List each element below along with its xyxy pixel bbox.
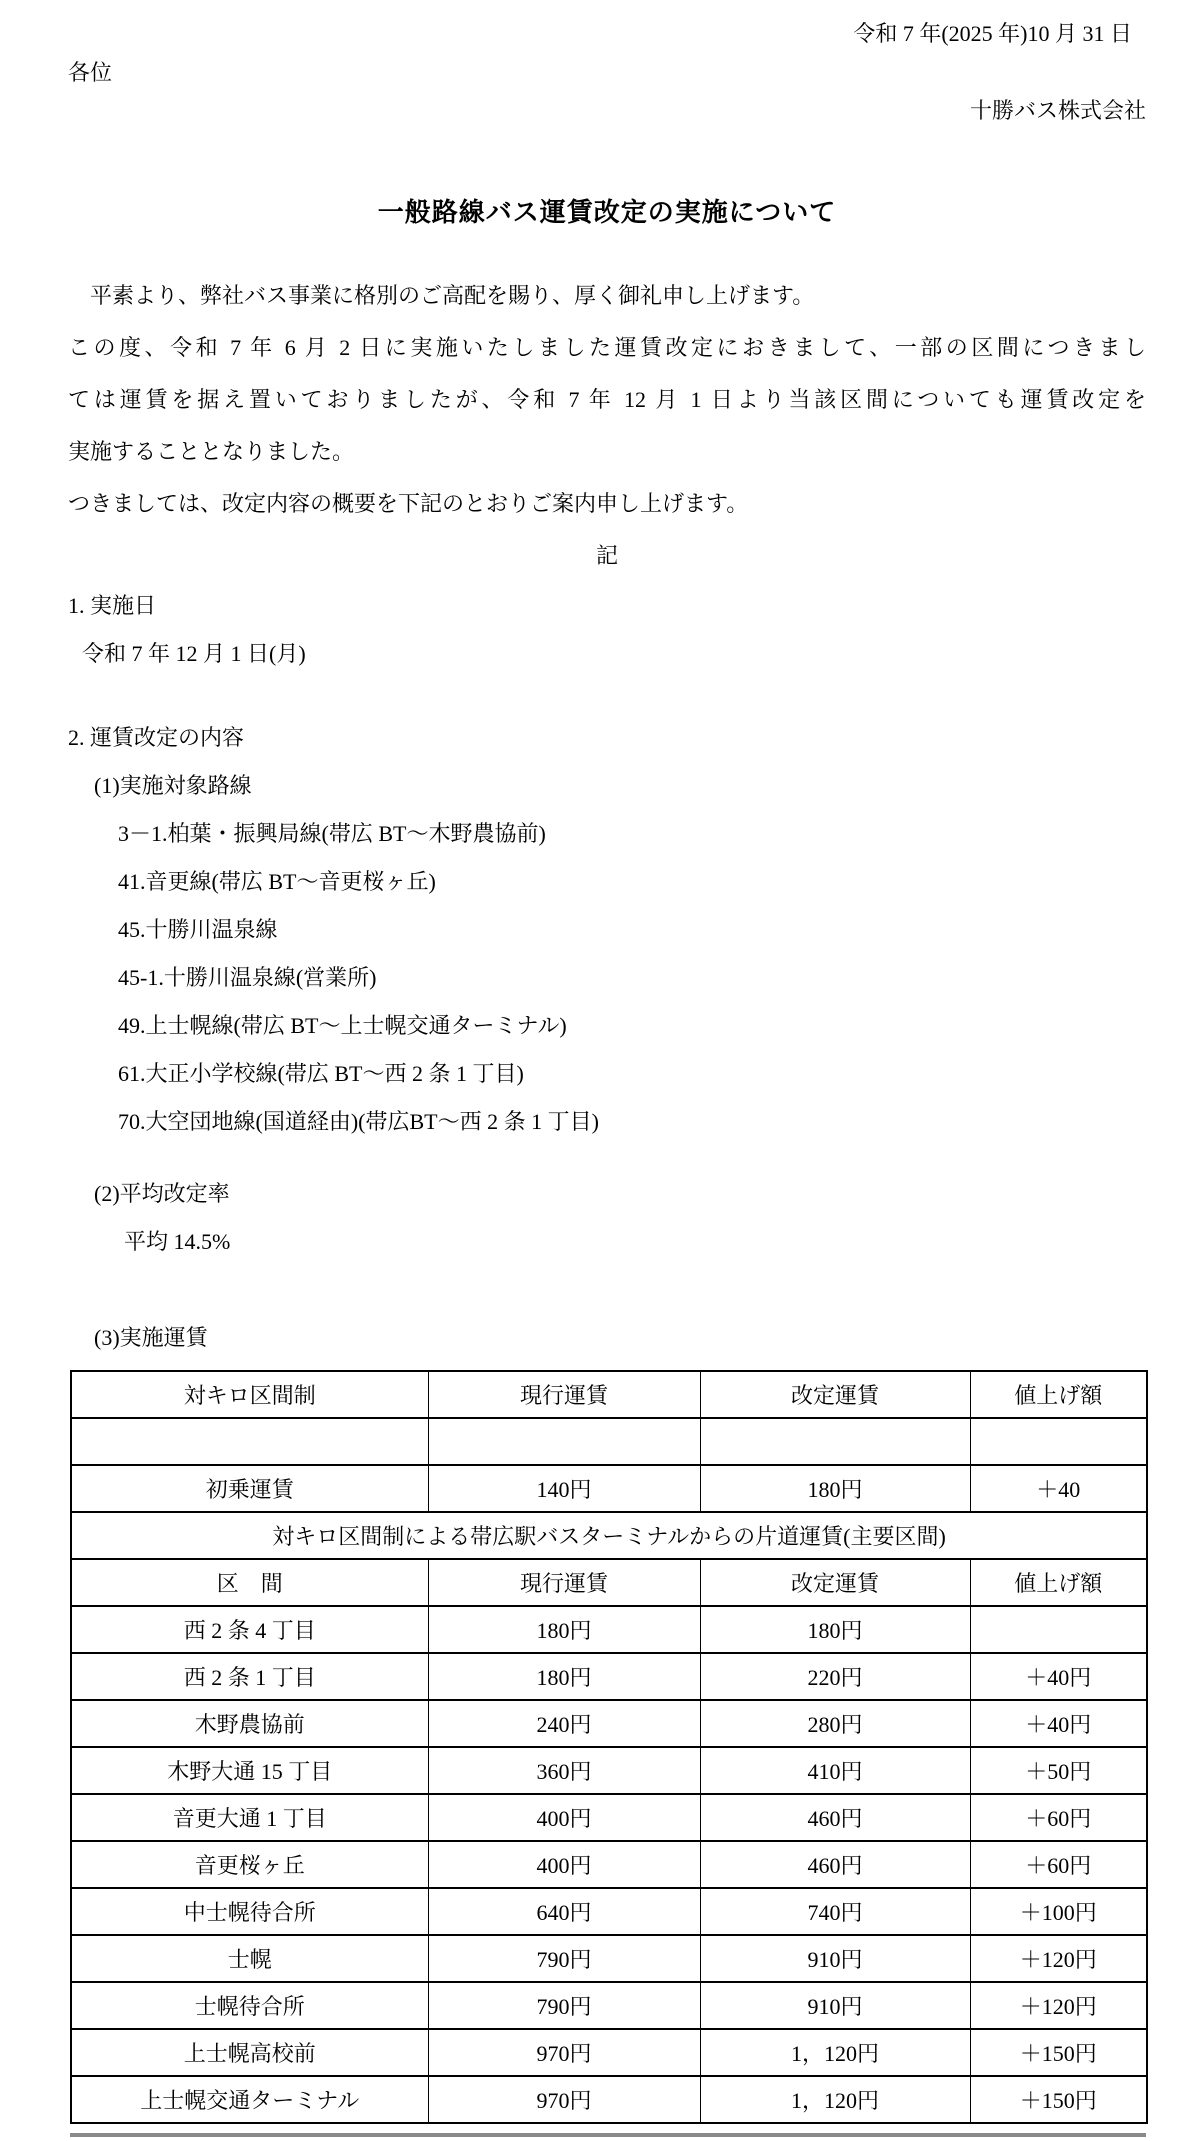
fare-table: 対キロ区間制 現行運賃 改定運賃 値上げ額 初乗運賃 140円 180円 ＋40… — [70, 1370, 1148, 2124]
current-fare-cell: 970円 — [428, 2076, 700, 2123]
increase-cell: ＋150円 — [970, 2076, 1147, 2123]
station-cell: 音更大通 1 丁目 — [71, 1794, 428, 1841]
header-cell: 対キロ区間制 — [71, 1371, 428, 1418]
header-cell: 改定運賃 — [700, 1559, 970, 1606]
increase-cell: ＋100円 — [970, 1888, 1147, 1935]
table-note: 対キロ区間制による帯広駅バスターミナルからの片道運賃(主要区間) — [71, 1512, 1147, 1559]
route-item: 41.音更線(帯広 BT～音更桜ヶ丘) — [68, 858, 1146, 906]
header-cell: 改定運賃 — [700, 1371, 970, 1418]
station-cell: 西 2 条 4 丁目 — [71, 1606, 428, 1653]
station-cell: 士幌待合所 — [71, 1982, 428, 2029]
revised-fare-cell: 180円 — [700, 1606, 970, 1653]
increase-cell: ＋120円 — [970, 1982, 1147, 2029]
current-fare-cell: 400円 — [428, 1794, 700, 1841]
section1-date: 令和 7 年 12 月 1 日(月) — [68, 630, 1146, 678]
route-item: 61.大正小学校線(帯広 BT～西 2 条 1 丁目) — [68, 1050, 1146, 1098]
addressee: 各位 — [68, 56, 1146, 90]
fare-row: 音更大通 1 丁目 400円 460円 ＋60円 — [71, 1794, 1147, 1841]
sub2-heading: (2)平均改定率 — [68, 1170, 1146, 1218]
current-fare-cell: 400円 — [428, 1841, 700, 1888]
current-fare-cell: 970円 — [428, 2029, 700, 2076]
fare-row: 中士幌待合所 640円 740円 ＋100円 — [71, 1888, 1147, 1935]
increase-cell: ＋60円 — [970, 1794, 1147, 1841]
station-cell: 木野農協前 — [71, 1700, 428, 1747]
increase-cell: ＋120円 — [970, 1935, 1147, 1982]
company-name: 十勝バス株式会社 — [68, 94, 1146, 128]
route-item: 45.十勝川温泉線 — [68, 906, 1146, 954]
paragraph-line: 平素より、弊社バス事業に格別のご高配を賜り、厚く御礼申し上げます。 — [68, 270, 1146, 322]
fare-row: 木野農協前 240円 280円 ＋40円 — [71, 1700, 1147, 1747]
route-item: 70.大空団地線(国道経由)(帯広BT～西 2 条 1 丁目) — [68, 1098, 1146, 1146]
document-page: 令和 7 年(2025 年)10 月 31 日 各位 十勝バス株式会社 一般路線… — [0, 0, 1200, 2141]
header-cell: 区 間 — [71, 1559, 428, 1606]
next-table-edge-fragment — [70, 2133, 1146, 2137]
fare-row: 木野大通 15 丁目 360円 410円 ＋50円 — [71, 1747, 1147, 1794]
revised-fare-cell: 740円 — [700, 1888, 970, 1935]
route-item: 45-1.十勝川温泉線(営業所) — [68, 954, 1146, 1002]
current-fare-cell: 360円 — [428, 1747, 700, 1794]
current-fare-cell: 180円 — [428, 1653, 700, 1700]
increase-cell: ＋40 — [970, 1465, 1147, 1512]
station-cell: 木野大通 15 丁目 — [71, 1747, 428, 1794]
revised-fare-cell: 460円 — [700, 1794, 970, 1841]
section1-heading: 1. 実施日 — [68, 582, 1146, 630]
header-cell: 値上げ額 — [970, 1559, 1147, 1606]
header-cell: 値上げ額 — [970, 1371, 1147, 1418]
revised-fare-cell: 180円 — [700, 1465, 970, 1512]
fare-row: 士幌 790円 910円 ＋120円 — [71, 1935, 1147, 1982]
fare-row: 西 2 条 4 丁目 180円 180円 — [71, 1606, 1147, 1653]
paragraph-line: ては運賃を据え置いておりましたが、令和 7 年 12 月 1 日より当該区間につ… — [68, 374, 1146, 426]
revised-fare-cell: 910円 — [700, 1935, 970, 1982]
current-fare-cell: 640円 — [428, 1888, 700, 1935]
station-cell: 士幌 — [71, 1935, 428, 1982]
paragraph-line: この度、令和 7 年 6 月 2 日に実施いたしました運賃改定におきまして、一部… — [68, 322, 1146, 374]
table-header-row-1: 対キロ区間制 現行運賃 改定運賃 値上げ額 — [71, 1371, 1147, 1418]
fare-row: 音更桜ヶ丘 400円 460円 ＋60円 — [71, 1841, 1147, 1888]
revised-fare-cell: 910円 — [700, 1982, 970, 2029]
header-cell: 現行運賃 — [428, 1559, 700, 1606]
current-fare-cell: 140円 — [428, 1465, 700, 1512]
revised-fare-cell: 1，120円 — [700, 2076, 970, 2123]
increase-cell: ＋40円 — [970, 1653, 1147, 1700]
revised-fare-cell: 280円 — [700, 1700, 970, 1747]
increase-cell: ＋50円 — [970, 1747, 1147, 1794]
fare-row: 士幌待合所 790円 910円 ＋120円 — [71, 1982, 1147, 2029]
empty-cell — [700, 1418, 970, 1465]
header-cell: 現行運賃 — [428, 1371, 700, 1418]
increase-cell — [970, 1606, 1147, 1653]
empty-cell — [970, 1418, 1147, 1465]
base-fare-label: 初乗運賃 — [71, 1465, 428, 1512]
average-rate-value: 平均 14.5% — [68, 1218, 1146, 1266]
fare-row: 上士幌交通ターミナル 970円 1，120円 ＋150円 — [71, 2076, 1147, 2123]
station-cell: 上士幌交通ターミナル — [71, 2076, 428, 2123]
document-title: 一般路線バス運賃改定の実施について — [68, 192, 1146, 234]
current-fare-cell: 180円 — [428, 1606, 700, 1653]
fare-row: 上士幌高校前 970円 1，120円 ＋150円 — [71, 2029, 1147, 2076]
empty-cell — [428, 1418, 700, 1465]
revised-fare-cell: 1，120円 — [700, 2029, 970, 2076]
table-header-row-2: 区 間 現行運賃 改定運賃 値上げ額 — [71, 1559, 1147, 1606]
section2-heading: 2. 運賃改定の内容 — [68, 714, 1146, 762]
empty-cell — [71, 1418, 428, 1465]
route-list: 3－1.柏葉・振興局線(帯広 BT～木野農協前) 41.音更線(帯広 BT～音更… — [68, 810, 1146, 1146]
route-item: 49.上士幌線(帯広 BT～上士幌交通ターミナル) — [68, 1002, 1146, 1050]
paragraph-line: 実施することとなりました。 — [68, 426, 1146, 478]
increase-cell: ＋40円 — [970, 1700, 1147, 1747]
record-mark: 記 — [68, 530, 1146, 582]
station-cell: 中士幌待合所 — [71, 1888, 428, 1935]
revised-fare-cell: 410円 — [700, 1747, 970, 1794]
route-item: 3－1.柏葉・振興局線(帯広 BT～木野農協前) — [68, 810, 1146, 858]
current-fare-cell: 240円 — [428, 1700, 700, 1747]
increase-cell: ＋60円 — [970, 1841, 1147, 1888]
current-fare-cell: 790円 — [428, 1982, 700, 2029]
table-note-row: 対キロ区間制による帯広駅バスターミナルからの片道運賃(主要区間) — [71, 1512, 1147, 1559]
body-paragraph: 平素より、弊社バス事業に格別のご高配を賜り、厚く御礼申し上げます。 この度、令和… — [68, 270, 1146, 530]
base-fare-row: 初乗運賃 140円 180円 ＋40 — [71, 1465, 1147, 1512]
fare-row: 西 2 条 1 丁目 180円 220円 ＋40円 — [71, 1653, 1147, 1700]
station-cell: 上士幌高校前 — [71, 2029, 428, 2076]
station-cell: 西 2 条 1 丁目 — [71, 1653, 428, 1700]
current-fare-cell: 790円 — [428, 1935, 700, 1982]
station-cell: 音更桜ヶ丘 — [71, 1841, 428, 1888]
revised-fare-cell: 460円 — [700, 1841, 970, 1888]
document-date: 令和 7 年(2025 年)10 月 31 日 — [68, 18, 1146, 50]
revised-fare-cell: 220円 — [700, 1653, 970, 1700]
table-empty-row — [71, 1418, 1147, 1465]
paragraph-line: つきましては、改定内容の概要を下記のとおりご案内申し上げます。 — [68, 478, 1146, 530]
sub1-heading: (1)実施対象路線 — [68, 762, 1146, 810]
sub3-heading: (3)実施運賃 — [68, 1314, 1146, 1362]
increase-cell: ＋150円 — [970, 2029, 1147, 2076]
